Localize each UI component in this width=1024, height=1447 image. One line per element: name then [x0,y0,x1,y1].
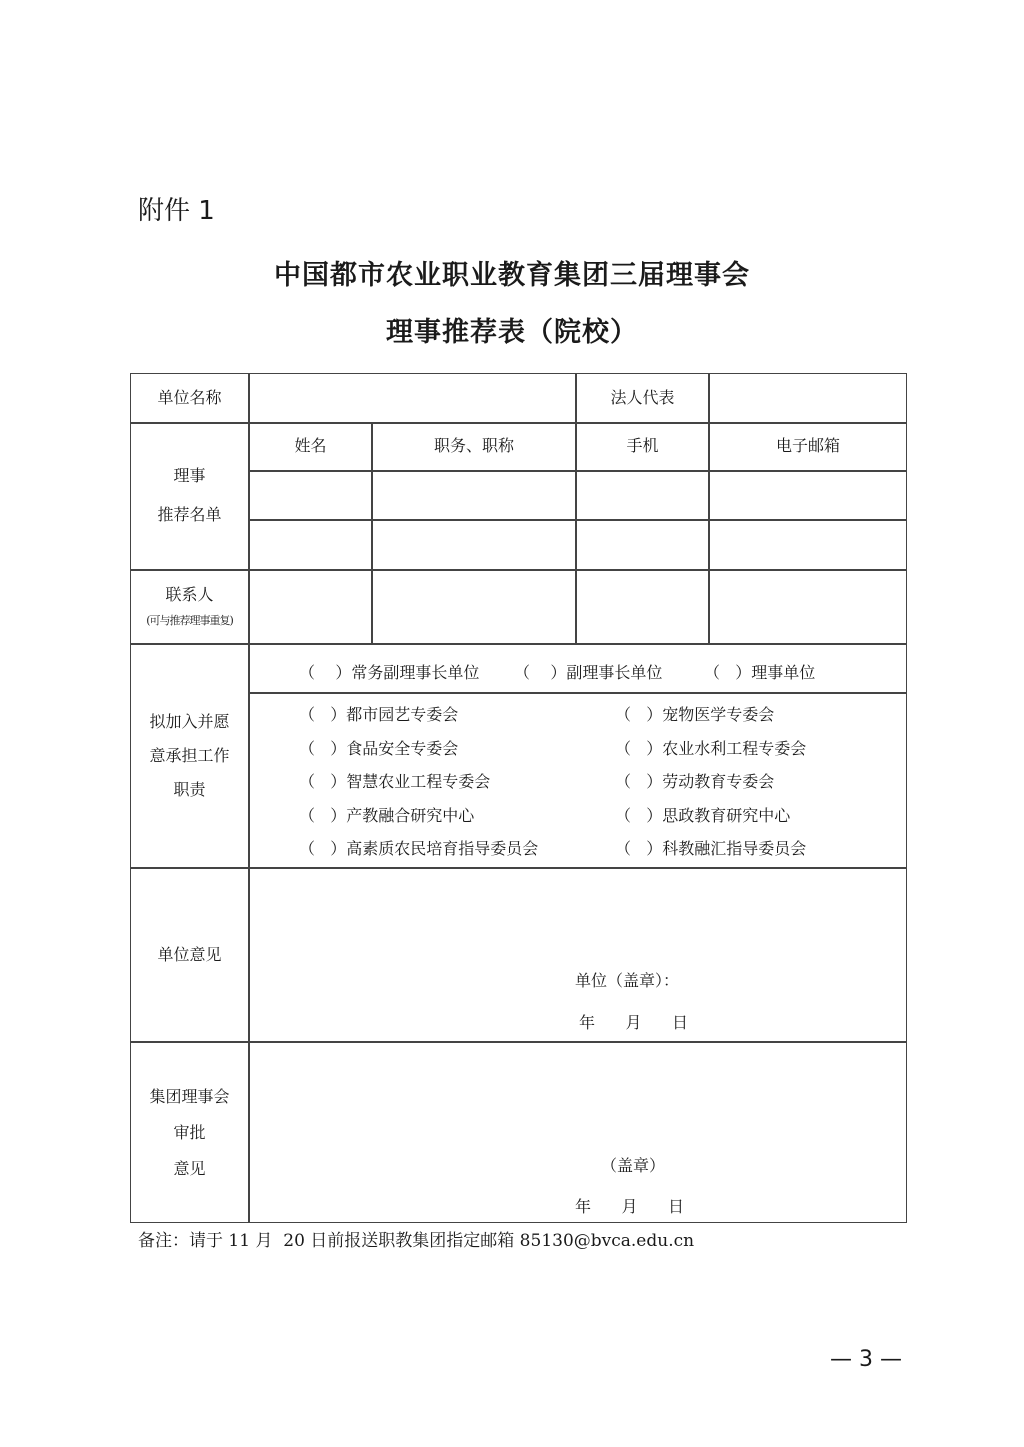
committee-option-industry-education[interactable]: （ ）产教融合研究中心 [299,803,474,826]
nominee-2-name-field[interactable] [250,521,371,569]
unit-name-field[interactable] [250,374,575,422]
divider [249,692,906,694]
committee-option-agri-water-engineering[interactable]: （ ）农业水利工程专委会 [615,736,806,759]
duty-label-cell: 拟加入并愿 意承担工作 职责 [131,645,248,867]
committee-option-farmer-training[interactable]: （ ）高素质农民培育指导委员会 [299,836,538,859]
unit-opinion-field[interactable] [250,869,906,1041]
role-option-board-member[interactable]: （ ）理事单位 [704,660,815,683]
unit-name-label: 单位名称 [131,374,248,422]
committee-option-pet-medicine[interactable]: （ ）宠物医学专委会 [615,702,774,725]
nominee-1-title-field[interactable] [373,472,575,519]
nominee-label-line2: 推荐名单 [157,505,221,526]
unit-seal-label: 单位（盖章）： [575,968,679,991]
contact-label: 联系人 [165,585,213,606]
page-number: — 3 — [830,1347,902,1372]
column-header-phone: 手机 [577,423,708,470]
contact-title-field[interactable] [373,571,575,643]
nominee-1-email-field[interactable] [710,472,906,519]
contact-label-cell: 联系人 (可与推荐理事重复) [131,571,248,643]
contact-phone-field[interactable] [577,571,708,643]
nominee-label-line1: 理事 [173,466,205,487]
committee-option-science-education[interactable]: （ ）科教融汇指导委员会 [615,836,806,859]
board-seal-label: （盖章） [601,1153,665,1176]
board-approval-label-cell: 集团理事会 审批 意见 [131,1043,248,1222]
legal-rep-label: 法人代表 [577,374,708,422]
committee-option-food-safety[interactable]: （ ）食品安全专委会 [299,736,458,759]
board-label-line3: 意见 [173,1151,205,1187]
unit-opinion-label: 单位意见 [131,869,248,1041]
column-header-title: 职务、职称 [373,423,575,470]
submission-note: 备注：请于 11 月 20 日前报送职教集团指定邮箱 85130@bvca.ed… [138,1226,694,1251]
nominee-section-label: 理事 推荐名单 [131,423,248,569]
contact-name-field[interactable] [250,571,371,643]
duty-label-line1: 拟加入并愿 [149,705,229,739]
contact-email-field[interactable] [710,571,906,643]
column-header-name: 姓名 [250,423,371,470]
nominee-1-phone-field[interactable] [577,472,708,519]
document-title: 中国都市农业职业教育集团三届理事会 [0,253,1024,292]
duty-label-line2: 意承担工作 [149,739,229,773]
nominee-2-phone-field[interactable] [577,521,708,569]
committee-option-urban-horticulture[interactable]: （ ）都市园艺专委会 [299,702,458,725]
contact-note: (可与推荐理事重复) [146,614,233,628]
attachment-label: 附件 1 [138,190,215,227]
board-label-line2: 审批 [173,1115,205,1151]
column-header-email: 电子邮箱 [710,423,906,470]
role-option-vice-chair[interactable]: （ ）副理事长单位 [514,660,662,683]
duty-label-line3: 职责 [173,773,205,807]
role-option-executive-vice-chair[interactable]: （ ）常务副理事长单位 [299,660,479,683]
nominee-1-name-field[interactable] [250,472,371,519]
unit-date-label: 年 月 日 [579,1010,688,1033]
legal-rep-field[interactable] [710,374,906,422]
document-subtitle: 理事推荐表（院校） [0,310,1024,349]
committee-option-smart-agri-engineering[interactable]: （ ）智慧农业工程专委会 [299,769,490,792]
nominee-2-title-field[interactable] [373,521,575,569]
board-label-line1: 集团理事会 [149,1079,229,1115]
committee-option-ideological-education[interactable]: （ ）思政教育研究中心 [615,803,790,826]
board-date-label: 年 月 日 [575,1194,684,1217]
nomination-form: 单位名称 法人代表 理事 推荐名单 姓名 职务、职称 手机 电子邮箱 联系人 (… [130,373,907,1223]
nominee-2-email-field[interactable] [710,521,906,569]
committee-option-labor-education[interactable]: （ ）劳动教育专委会 [615,769,774,792]
